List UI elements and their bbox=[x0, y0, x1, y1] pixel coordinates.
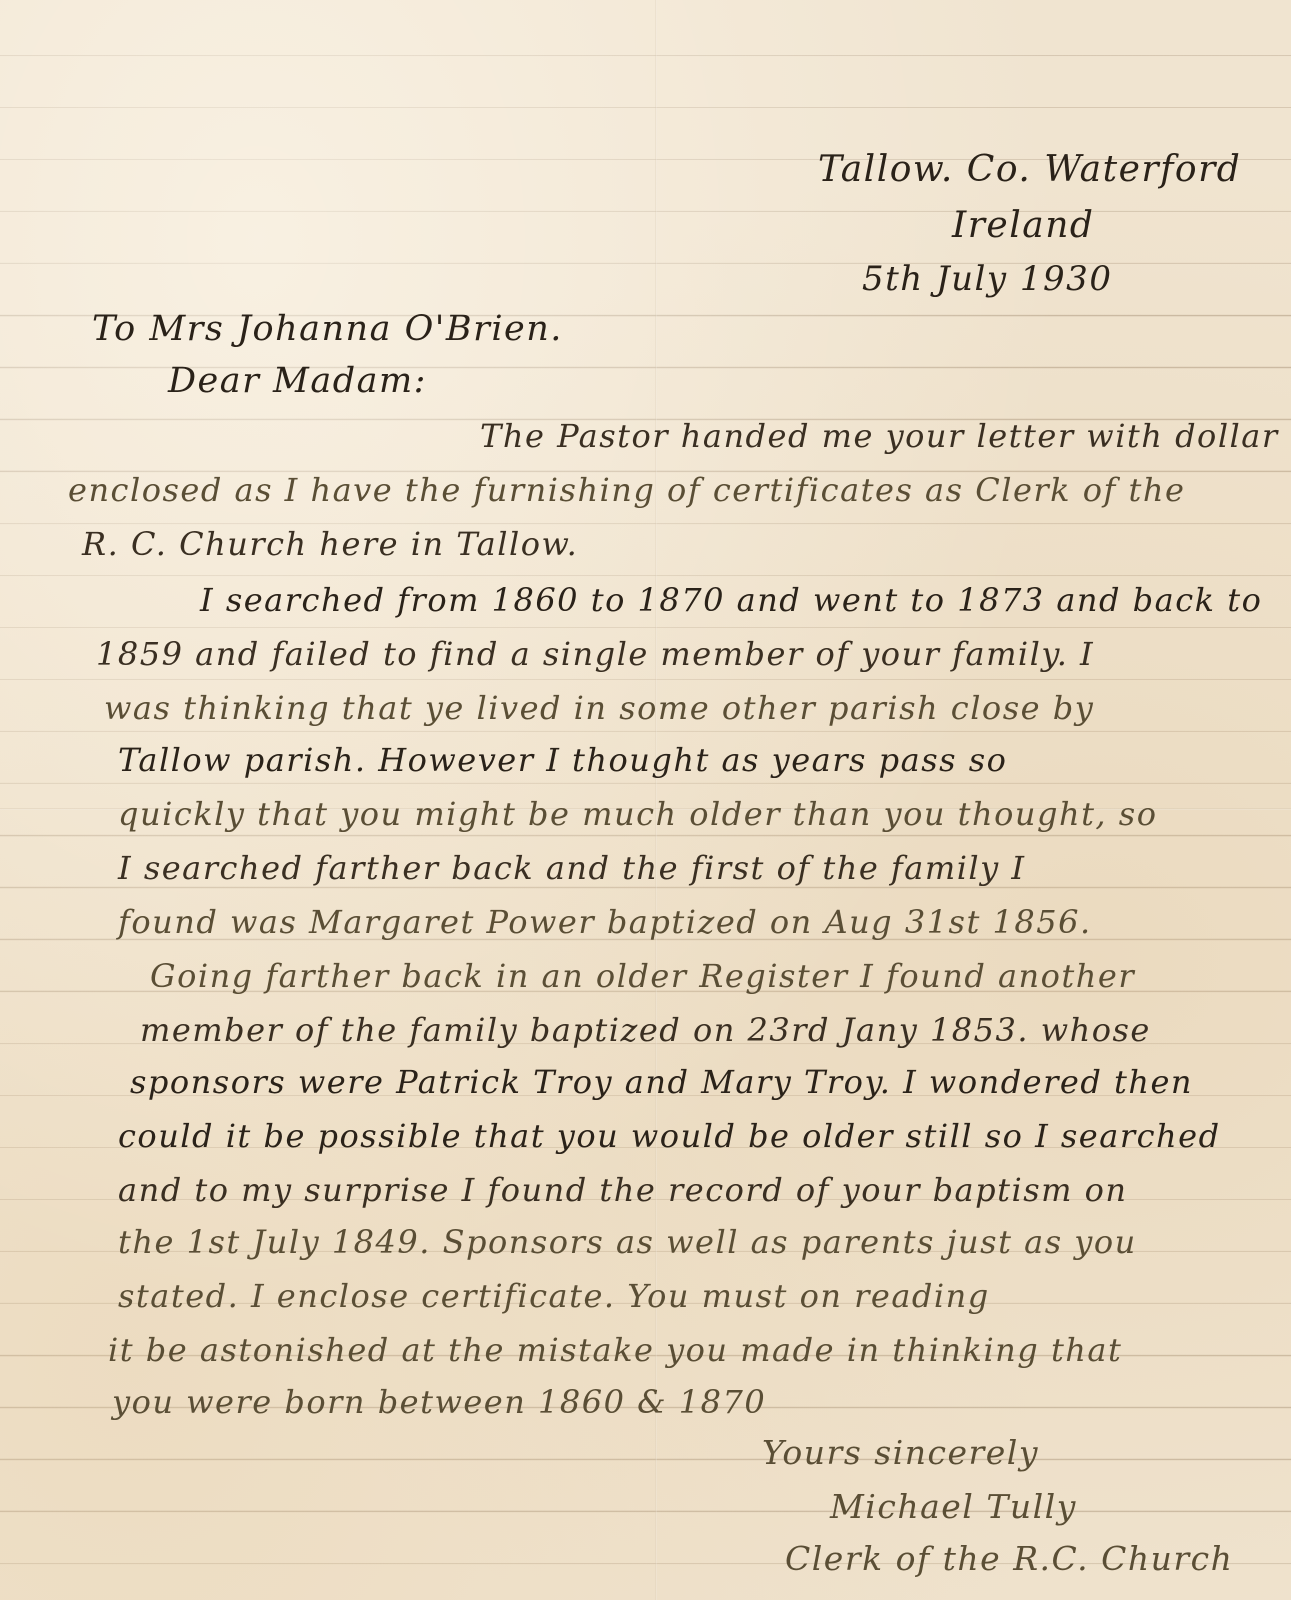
body-line: R. C. Church here in Tallow. bbox=[82, 528, 578, 560]
body-line: it be astonished at the mistake you made… bbox=[108, 1334, 1122, 1366]
letter-date: 5th July 1930 bbox=[862, 262, 1112, 296]
body-line: I searched farther back and the first of… bbox=[118, 852, 1026, 884]
body-line: The Pastor handed me your letter with do… bbox=[480, 420, 1279, 452]
letter-page: Tallow. Co. Waterford Ireland 5th July 1… bbox=[0, 0, 1291, 1600]
body-line: and to my surprise I found the record of… bbox=[118, 1174, 1128, 1206]
body-line: sponsors were Patrick Troy and Mary Troy… bbox=[130, 1066, 1193, 1098]
signature-title: Clerk of the R.C. Church bbox=[785, 1542, 1233, 1575]
body-line: was thinking that ye lived in some other… bbox=[104, 692, 1094, 724]
body-line: Going farther back in an older Register … bbox=[150, 960, 1135, 992]
body-line: quickly that you might be much older tha… bbox=[118, 798, 1157, 830]
recipient-line: To Mrs Johanna O'Brien. bbox=[92, 312, 563, 347]
body-line: you were born between 1860 & 1870 bbox=[112, 1386, 766, 1418]
salutation: Dear Madam: bbox=[168, 364, 427, 399]
body-line: member of the family baptized on 23rd Ja… bbox=[140, 1014, 1151, 1046]
body-line: I searched from 1860 to 1870 and went to… bbox=[200, 584, 1262, 616]
closing: Yours sincerely bbox=[762, 1436, 1039, 1469]
body-line: found was Margaret Power baptized on Aug… bbox=[118, 906, 1092, 938]
body-line: 1859 and failed to find a single member … bbox=[96, 638, 1094, 670]
body-line: could it be possible that you would be o… bbox=[118, 1120, 1221, 1152]
address-line-2: Ireland bbox=[952, 208, 1094, 244]
body-line: the 1st July 1849. Sponsors as well as p… bbox=[118, 1226, 1137, 1258]
body-line: enclosed as I have the furnishing of cer… bbox=[68, 474, 1185, 506]
signature: Michael Tully bbox=[830, 1490, 1077, 1523]
address-line-1: Tallow. Co. Waterford bbox=[818, 152, 1241, 188]
body-line: Tallow parish. However I thought as year… bbox=[118, 744, 1007, 776]
body-line: stated. I enclose certificate. You must … bbox=[118, 1280, 990, 1312]
